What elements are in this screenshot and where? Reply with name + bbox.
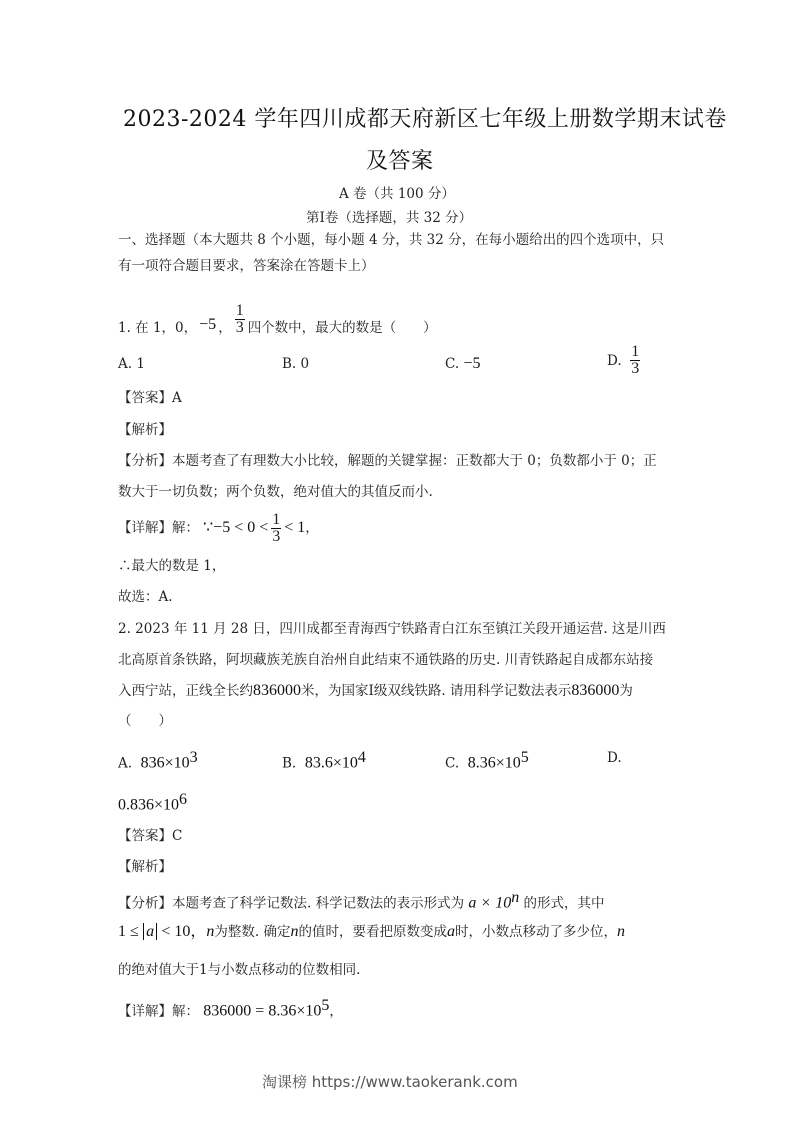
option-base: 0.836×10: [118, 797, 179, 814]
volume-a-heading: A 卷（共 100 分）: [339, 182, 455, 202]
q2-option-a: A. 836×103: [118, 748, 198, 774]
fenxi-text: 的值时，要看把原数变成: [299, 924, 448, 940]
detail-prefix: 解：: [172, 1004, 199, 1020]
q1-stem-comma: ，: [218, 318, 232, 338]
q2-fenxi-line-3: 的绝对值大于1与小数点移动的位数相同.: [118, 960, 360, 980]
q2-answer: 【答案】C: [118, 826, 182, 846]
option-label: C.: [445, 356, 459, 372]
q1-stem-prefix: 1. 在 1，0，: [118, 318, 197, 338]
footer-watermark-link[interactable]: 淘课榜 https://www.taokerank.com: [262, 1071, 518, 1092]
section-1-instructions-line-2: 有一项符合题目要求，答案涂在答题卡上）: [118, 256, 375, 276]
fraction-numerator: 1: [271, 512, 281, 529]
q2-stem-line-2: 北高原首条铁路，阿坝藏族羌族自治州自此结束不通铁路的历史. 川青铁路起自成都东站…: [118, 650, 653, 670]
q1-stem-neg5: −5: [199, 315, 216, 335]
detail-end: ，: [329, 1004, 343, 1020]
stem-text: 入西宁站，正线全长约: [118, 683, 253, 699]
q1-option-b: B. 0: [282, 354, 309, 374]
q2-option-b: B. 83.6×104: [282, 748, 366, 774]
q2-stem-line-1: 2. 2023 年 11 月 28 日，四川成都至青海西宁铁路青白江东至镇江关段…: [118, 619, 666, 639]
q2-option-d-label: D.: [607, 748, 622, 768]
option-label: B.: [282, 356, 296, 372]
q2-stem-line-4: （ ）: [118, 711, 172, 731]
detail-fraction: 1 3: [271, 512, 281, 545]
var-n: n: [617, 923, 625, 940]
q1-stem-fraction: 1 3: [235, 303, 245, 336]
fraction-numerator: 1: [630, 344, 640, 361]
option-value: −5: [463, 355, 480, 372]
q2-stem-line-3: 入西宁站，正线全长约836000米，为国家Ⅰ级双线铁路. 请用科学记数法表示83…: [118, 681, 633, 701]
q1-fenxi-line-2: 数大于一切负数；两个负数，绝对值大的其值反而小.: [118, 482, 433, 502]
detail-end: ，: [305, 518, 319, 538]
q2-option-c: C. 8.36×105: [445, 748, 529, 774]
var-n: n: [291, 923, 299, 940]
q2-fenxi-line-2: 1 ≤ a < 10，n为整数. 确定n的值时，要看把原数变成a时，小数点移动了…: [118, 922, 625, 942]
option-value: 0: [301, 356, 310, 372]
answer-tag: 【答案】: [118, 390, 172, 406]
q2-analysis-heading: 【解析】: [118, 857, 172, 877]
q1-stem-suffix: 四个数中，最大的数是（ ）: [248, 318, 437, 338]
q1-option-a: A. 1: [118, 354, 145, 374]
q1-detail: 【详解】 解： ∵−5 < 0 < 1 3 < 1 ，: [118, 508, 319, 548]
q1-analysis-heading: 【解析】: [118, 420, 172, 440]
fenxi-text: 本题考查了科学记数法. 科学记数法的表示形式为: [172, 896, 464, 912]
answer-value: A: [172, 390, 182, 406]
fenxi-text: 时，小数点移动了多少位，: [455, 924, 617, 940]
detail-math: 836000 = 8.36×10: [203, 1003, 321, 1020]
option-base: 83.6×10: [305, 755, 358, 772]
answer-value: C: [172, 828, 182, 844]
detail-inequality-left: ∵−5 < 0 <: [203, 518, 268, 538]
fraction-denominator: 3: [236, 320, 244, 336]
option-exponent: 3: [190, 749, 198, 766]
q2-fenxi-line-1: 【分析】本题考查了科学记数法. 科学记数法的表示形式为 a × 10n 的形式，…: [118, 888, 604, 914]
q1-fenxi-line-1: 【分析】本题考查了有理数大小比较，解题的关键掌握：正数都大于 0；负数都小于 0…: [118, 451, 657, 471]
fenxi-text: 本题考查了有理数大小比较，解题的关键掌握：正数都大于 0；负数都小于 0；正: [172, 453, 657, 469]
q1-conclusion: ∴最大的数是 1，: [118, 556, 225, 576]
fenxi-math: < 10，: [161, 923, 206, 940]
fraction-denominator: 3: [631, 361, 639, 377]
option-value: 1: [136, 356, 145, 372]
document-title-line-2: 及答案: [366, 144, 434, 175]
part-1-heading: 第Ⅰ卷（选择题，共 32 分）: [306, 206, 472, 226]
fraction-denominator: 3: [272, 529, 280, 545]
fenxi-exponent: n: [511, 889, 519, 906]
fraction-numerator: 1: [235, 303, 245, 320]
fenxi-text: 的形式，其中: [523, 896, 604, 912]
absolute-value: a: [143, 923, 157, 940]
fenxi-math: a × 10: [468, 895, 511, 912]
option-fraction: 1 3: [630, 344, 640, 377]
q1-choose: 故选：A.: [118, 587, 173, 607]
question-1-stem: 1. 在 1，0， −5 ， 1 3 四个数中，最大的数是（ ）: [118, 288, 437, 338]
stem-text: 为: [619, 683, 633, 699]
fenxi-tag: 【分析】: [118, 453, 172, 469]
option-label: A.: [118, 356, 132, 372]
fenxi-math: 1 ≤: [118, 923, 139, 940]
option-label: C.: [445, 756, 459, 772]
q1-option-d: D. 1 3: [607, 344, 640, 377]
stem-text: 米，为国家Ⅰ级双线铁路. 请用科学记数法表示: [301, 683, 571, 699]
option-label: A.: [118, 756, 132, 772]
option-base: 836×10: [141, 755, 190, 772]
detail-tag: 【详解】: [118, 1004, 172, 1020]
option-base: 8.36×10: [468, 755, 521, 772]
detail-prefix: 解：: [172, 518, 199, 538]
q1-option-c: C. −5: [445, 354, 480, 374]
section-1-instructions-line-1: 一、选择题（本大题共 8 个小题，每小题 4 分，共 32 分，在每小题给出的四…: [118, 230, 664, 250]
answer-tag: 【答案】: [118, 828, 172, 844]
fenxi-text: 为整数. 确定: [214, 924, 290, 940]
option-exponent: 6: [179, 791, 187, 808]
detail-inequality-right: < 1: [284, 518, 305, 538]
document-title-line-1: 2023-2024 学年四川成都天府新区七年级上册数学期末试卷: [123, 102, 727, 133]
stem-number: 836000: [253, 682, 301, 699]
option-exponent: 5: [521, 749, 529, 766]
q2-option-d-value: 0.836×106: [118, 790, 187, 816]
option-label: D.: [607, 351, 622, 371]
q2-detail: 【详解】解： 836000 = 8.36×105，: [118, 996, 343, 1022]
option-label: B.: [282, 756, 296, 772]
detail-tag: 【详解】: [118, 518, 172, 538]
q1-answer: 【答案】A: [118, 388, 182, 408]
option-exponent: 4: [358, 749, 366, 766]
stem-number: 836000: [571, 682, 619, 699]
fenxi-tag: 【分析】: [118, 896, 172, 912]
var-a: a: [447, 923, 455, 940]
